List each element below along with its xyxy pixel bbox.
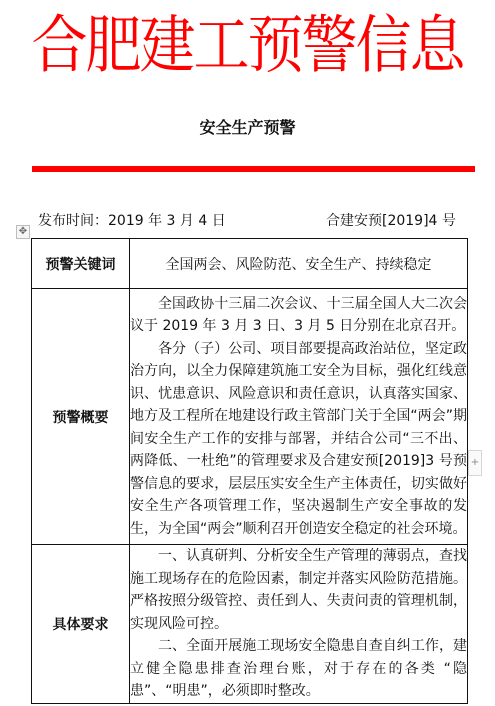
table-row-requirements: 具体要求 一、认真研判、分析安全生产管理的薄弱点，查找施工现场存在的危险因素，制… bbox=[32, 545, 468, 704]
requirements-cell[interactable]: 一、认真研判、分析安全生产管理的薄弱点，查找施工现场存在的危险因素，制定并落实风… bbox=[130, 545, 468, 704]
requirement-item-1: 一、认真研判、分析安全生产管理的薄弱点，查找施工现场存在的危险因素，制定并落实风… bbox=[130, 545, 467, 635]
requirement-item-2: 二、全面开展施工现场安全隐患自查自纠工作，建立健全隐患排查治理台账，对于存在的各… bbox=[130, 635, 467, 703]
table-row-summary: 预警概要 全国政协十三届二次会议、十三届全国人大二次会议于 2019 年 3 月… bbox=[32, 289, 468, 545]
summary-paragraph-2: 各分（子）公司、项目部要提高政治站位，坚定政治方向，以全力保障建筑施工安全为目标… bbox=[130, 338, 467, 541]
document-subtitle: 安全生产预警 bbox=[0, 115, 495, 138]
table-row-keywords: 预警关键词 全国两会、风险防范、安全生产、持续稳定 bbox=[32, 239, 468, 289]
summary-cell[interactable]: 全国政协十三届二次会议、十三届全国人大二次会议于 2019 年 3 月 3 日、… bbox=[130, 289, 468, 545]
masthead-title: 合肥建工预警信息 bbox=[0, 6, 495, 87]
red-divider-rule bbox=[32, 166, 475, 172]
keywords-cell[interactable]: 全国两会、风险防范、安全生产、持续稳定 bbox=[130, 239, 468, 289]
publish-date: 发布时间：2019 年 3 月 4 日 bbox=[38, 210, 226, 232]
row-label-requirements: 具体要求 bbox=[32, 545, 130, 704]
table-add-column-handle-icon[interactable]: + bbox=[468, 450, 482, 476]
warning-info-table: 预警关键词 全国两会、风险防范、安全生产、持续稳定 预警概要 全国政协十三届二次… bbox=[31, 238, 468, 704]
row-label-keywords: 预警关键词 bbox=[32, 239, 130, 289]
row-label-summary: 预警概要 bbox=[32, 289, 130, 545]
document-number: 合建安预[2019]4 号 bbox=[326, 210, 456, 232]
table-move-handle-icon[interactable]: ✥ bbox=[16, 225, 30, 239]
summary-paragraph-1: 全国政协十三届二次会议、十三届全国人大二次会议于 2019 年 3 月 3 日、… bbox=[130, 293, 467, 338]
